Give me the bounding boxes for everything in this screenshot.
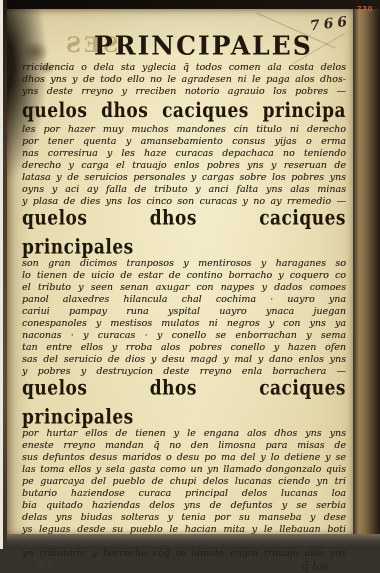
manuscript-line: el tributo y seen senan axugar con naype… <box>22 282 346 294</box>
manuscript-line: bia quitado haziendas delos yns de defun… <box>22 500 346 512</box>
section-heading: quelos dhos caciques principales <box>22 374 346 433</box>
page-edge-right <box>353 6 380 537</box>
manuscript-line: cariui pampay runa yspital uayro ynaca j… <box>22 306 346 318</box>
manuscript-line: naconas · y curacas · y conello se enbor… <box>22 330 346 342</box>
section-heading: quelos dhos caciques principa <box>22 96 346 125</box>
manuscript-line: latasa y de seruicios personales y carga… <box>22 172 346 184</box>
section-heading: quelos dhos caciques principales <box>22 204 346 263</box>
page-edge-left <box>3 0 7 549</box>
manuscript-line: derecho y carga el trauajo enlos pobres … <box>22 160 346 172</box>
manuscript-line: pe guarcaya del pueblo de chupi delos lu… <box>22 476 346 488</box>
manuscript-line: panol alaxedres hilancula chal cochima ·… <box>22 294 346 306</box>
manuscript-scan: SES 766 PRINCIPALES rricidencia o dela s… <box>0 0 380 549</box>
manuscript-line: les por hazer muy muchos mandones cin ti… <box>22 124 346 136</box>
manuscript-text-column: PRINCIPALES rricidencia o dela sta yglec… <box>22 32 346 549</box>
manuscript-line: las toma ellos y sela gasta como un yn l… <box>22 464 346 476</box>
manuscript-line: por tener quenta y amansebamiento consus… <box>22 136 346 148</box>
manuscript-line: delas yns biudas solteras y tenia por su… <box>22 512 346 524</box>
scan-left-border <box>0 0 3 549</box>
manuscript-line: eneste rreyno mandan q̃ no den limosna p… <box>22 440 346 452</box>
manuscript-line: tan entre ellos y rroba alos pobres cone… <box>22 342 346 354</box>
folio-number-printed: 730 <box>357 5 373 13</box>
manuscript-line: sas del seruicio de dios y desu magd y m… <box>22 354 346 366</box>
scan-bottom-border <box>0 534 380 549</box>
manuscript-line: butario haziendose curaca principal delo… <box>22 488 346 500</box>
manuscript-line: nas corresirua y les haze curacas depach… <box>22 148 346 160</box>
page-title: PRINCIPALES <box>94 31 346 61</box>
manuscript-line: dhos yns y de todo ello no le agradesen … <box>22 74 346 86</box>
scan-top-border <box>0 0 380 9</box>
manuscript-line: oyns y aci ay falla de tributo y anci fa… <box>22 184 346 196</box>
manuscript-page: SES 766 PRINCIPALES rricidencia o dela s… <box>7 8 353 535</box>
manuscript-line: lo tienen de uicio de estar de contino b… <box>22 270 346 282</box>
manuscript-line: sus defuntos desus maridos o desu po ma … <box>22 452 346 464</box>
manuscript-line: conespanoles y mestisos mulatos ni negro… <box>22 318 346 330</box>
manuscript-line: rricidencia o dela sta yglecia q̃ todos … <box>22 62 346 74</box>
